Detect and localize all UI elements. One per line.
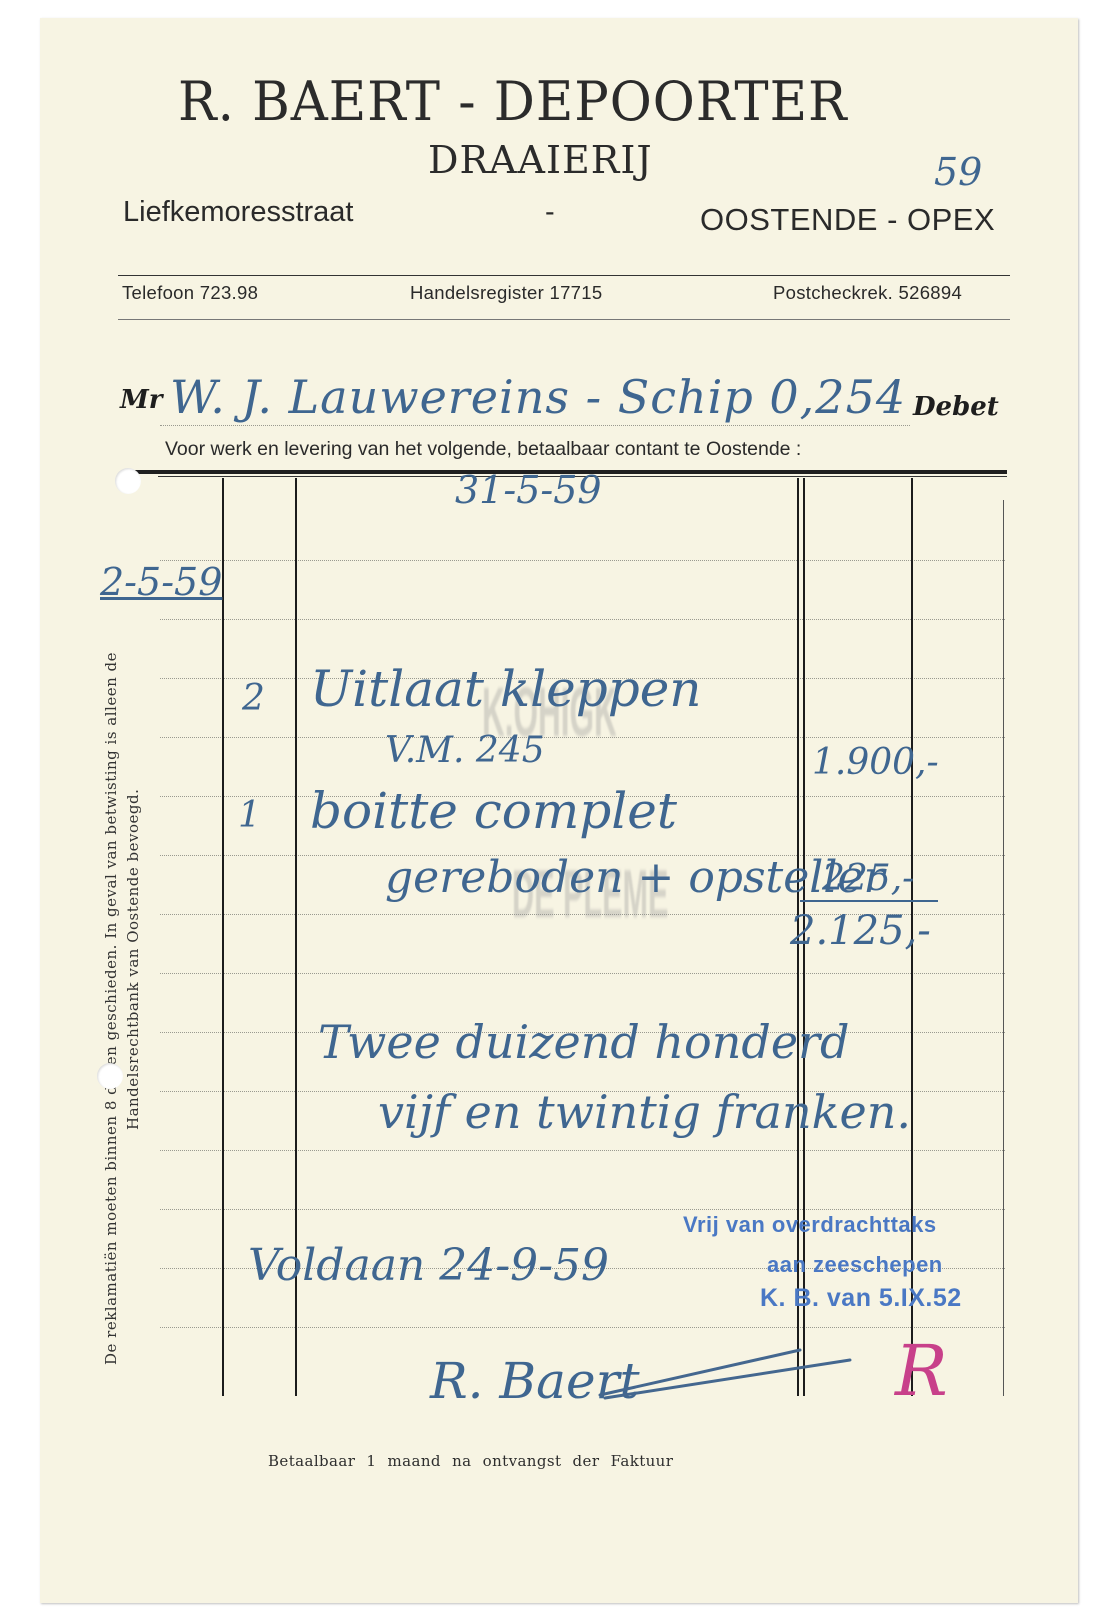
debet-label: Debet [913, 392, 999, 422]
intro-line: Voor werk en levering van het volgende, … [165, 438, 801, 461]
line-item-amount: 225,- [822, 858, 914, 899]
divider-bottom [118, 319, 1010, 320]
stamp-line3: K. B. van 5.IX.52 [760, 1284, 962, 1313]
side-note-line2: Handelsrechtbank van Oostende bevoegd. [124, 789, 142, 1130]
trade-name: DRAAIERIJ [428, 138, 653, 182]
company-name: R. BAERT - DEPOORTER [178, 70, 848, 133]
divider-top [118, 275, 1010, 276]
line-item-qty: 2 [242, 678, 265, 719]
line-item-sub: gereboden + opsteller [385, 852, 885, 903]
table-row-line [160, 1327, 1005, 1328]
stamp-line1: Vrij van overdrachttaks [683, 1212, 937, 1238]
city: OOSTENDE - OPEX [700, 202, 995, 238]
line-item-description: Uitlaat kleppen [310, 660, 702, 718]
line-item-description: boitte complet [310, 782, 677, 840]
line-item-sub: V.M. 245 [385, 730, 545, 771]
table-row-line [160, 560, 1005, 561]
street-address: Liefkemoresstraat [123, 196, 354, 229]
addressee-prefix: Mr [120, 385, 162, 415]
invoice-number-handwritten: 59 [934, 150, 982, 194]
amount-in-words-line1: Twee duizend honderd [318, 1015, 849, 1069]
initials-mark: R [895, 1330, 948, 1412]
addressee-name: W. J. Lauwereins - Schip 0,254 [170, 370, 906, 424]
trade-register: Handelsregister 17715 [410, 282, 602, 304]
table-row-line [160, 619, 1005, 620]
punch-hole-top [115, 468, 141, 494]
column-line-date [222, 478, 224, 1396]
payment-terms-footer: Betaalbaar 1 maand na ontvangst der Fakt… [268, 1452, 673, 1470]
total-underline [800, 900, 938, 902]
amount-in-words-line2: vijf en twintig franken. [378, 1085, 911, 1139]
side-note-line1: De reklamatiën moeten binnen 8 dagen ges… [102, 652, 120, 1365]
table-row-line [160, 1150, 1005, 1151]
address-separator: - [545, 196, 555, 229]
line-item-qty: 1 [238, 795, 261, 836]
paid-note: Voldaan 24-9-59 [248, 1240, 609, 1291]
punch-hole-bottom [97, 1063, 123, 1089]
invoice-date: 31-5-59 [455, 468, 602, 512]
column-line-cents [1003, 500, 1004, 1396]
order-date: 2-5-59 [100, 560, 222, 604]
postcheck-account: Postcheckrek. 526894 [773, 282, 962, 304]
invoice-total: 2.125,- [790, 908, 931, 954]
stamp-line2: aan zeeschepen [767, 1252, 943, 1278]
signature-flourish [560, 1340, 860, 1410]
phone-number: Telefoon 723.98 [122, 282, 258, 304]
table-row-line [160, 1209, 1005, 1210]
line-item-amount: 1.900,- [812, 742, 939, 783]
addressee-dotted-line [160, 425, 910, 426]
table-row-line [160, 973, 1005, 974]
